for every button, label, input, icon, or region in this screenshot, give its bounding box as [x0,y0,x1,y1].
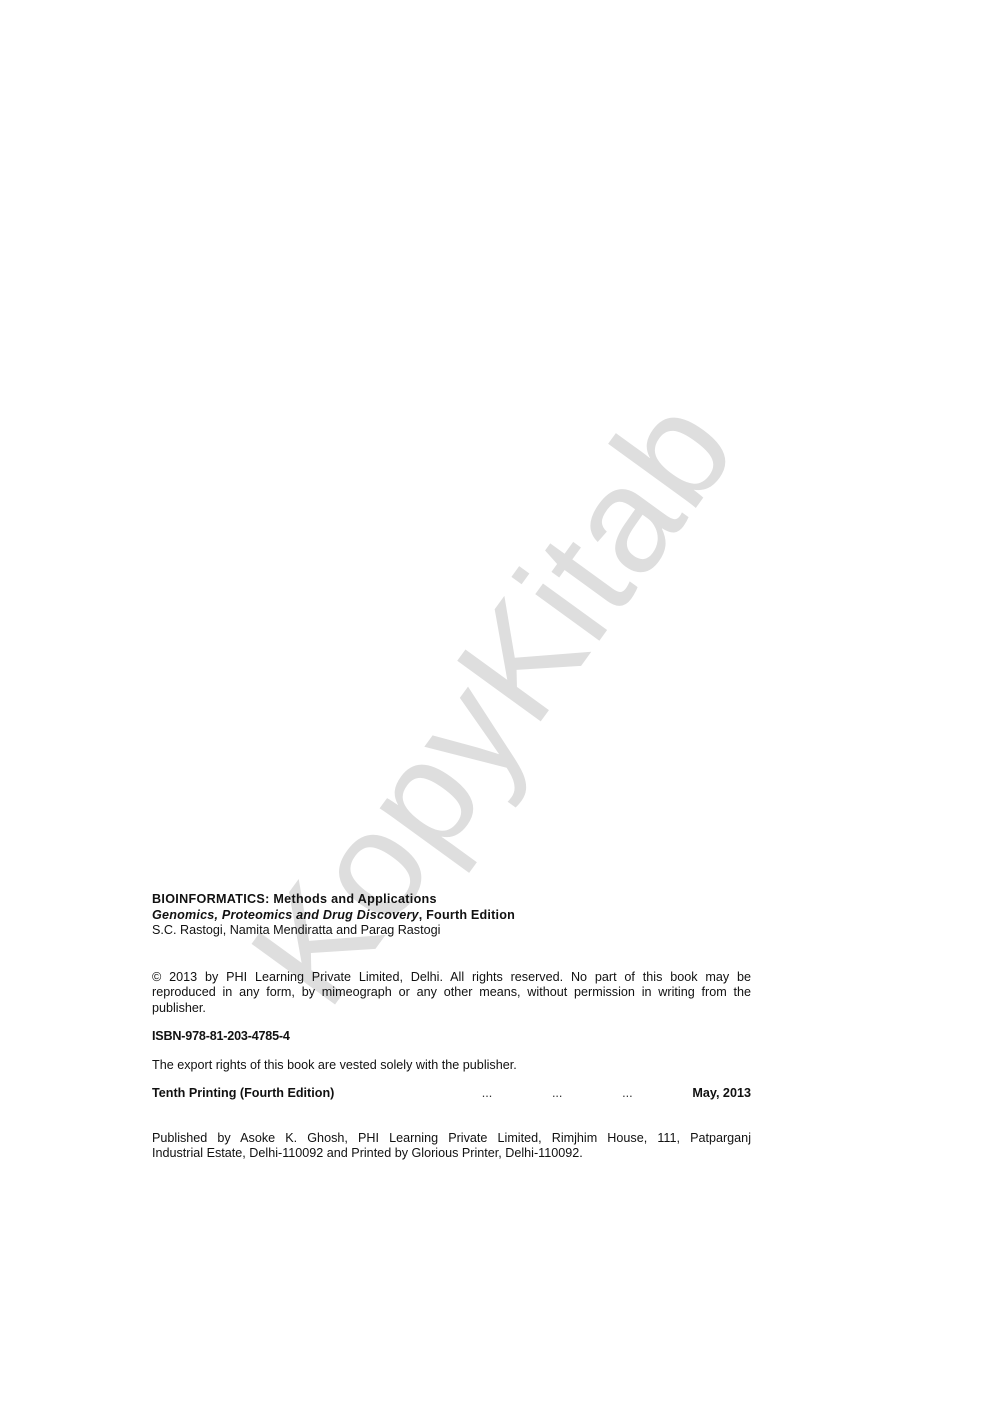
book-subtitle: Genomics, Proteomics and Drug Discovery,… [152,908,751,924]
copyright-page-content: BIOINFORMATICS: Methods and Applications… [152,892,751,1162]
copyright-notice: © 2013 by PHI Learning Private Limited, … [152,970,751,1017]
copyright-line-1: © 2013 by PHI Learning Private Limited, … [152,970,751,986]
copyright-line-3: publisher. [152,1001,751,1017]
leader-dots: ... [552,1086,563,1102]
book-subtitle-italic: Genomics, Proteomics and Drug Discovery [152,908,419,922]
publisher-line-1: Published by Asoke K. Ghosh, PHI Learnin… [152,1131,751,1147]
book-authors: S.C. Rastogi, Namita Mendiratta and Para… [152,923,751,939]
book-title: BIOINFORMATICS: Methods and Applications [152,892,751,908]
publisher-line-2: Industrial Estate, Delhi-110092 and Prin… [152,1146,751,1162]
printing-date: May, 2013 [692,1086,751,1102]
publisher-info: Published by Asoke K. Ghosh, PHI Learnin… [152,1131,751,1162]
printing-label: Tenth Printing (Fourth Edition) [152,1086,412,1102]
isbn: ISBN-978-81-203-4785-4 [152,1029,751,1045]
leader-dots: ... [622,1086,633,1102]
leader-dots: ... [482,1086,493,1102]
printing-info: Tenth Printing (Fourth Edition) ... ... … [152,1086,751,1102]
copyright-line-2: reproduced in any form, by mimeograph or… [152,985,751,1001]
book-edition: , Fourth Edition [419,908,515,922]
export-rights: The export rights of this book are veste… [152,1058,751,1074]
